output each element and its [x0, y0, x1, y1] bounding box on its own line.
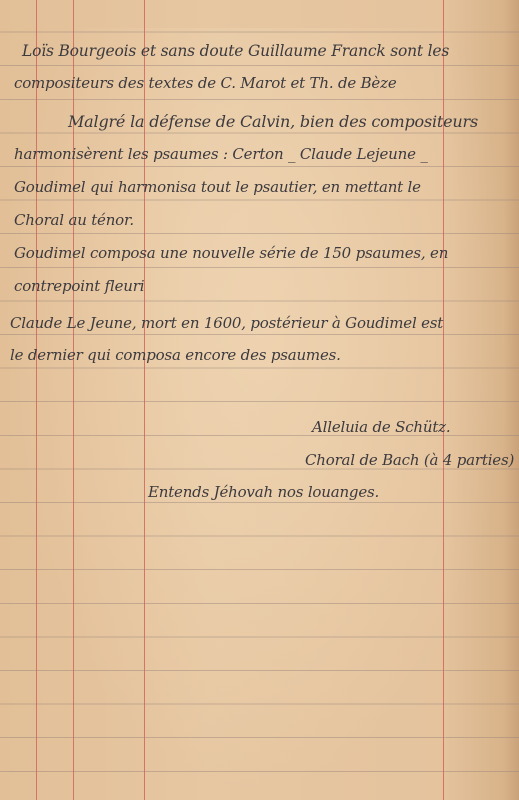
handwritten-line: Malgré la défense de Calvin, bien des co…	[68, 112, 478, 131]
margin-line-1	[36, 0, 37, 800]
notebook-page: Loïs Bourgeois et sans doute Guillaume F…	[0, 0, 519, 800]
handwritten-line: Alleluia de Schütz.	[312, 418, 450, 436]
handwritten-line: harmonisèrent les psaumes : Certon _ Cla…	[14, 145, 428, 163]
handwritten-line: Goudimel composa une nouvelle série de 1…	[14, 244, 448, 262]
handwritten-line: Claude Le Jeune, mort en 1600, postérieu…	[10, 314, 443, 332]
handwritten-line: Goudimel qui harmonisa tout le psautier,…	[14, 178, 421, 196]
handwritten-line: le dernier qui composa encore des psaume…	[10, 346, 341, 364]
handwritten-line: Choral de Bach (à 4 parties)	[305, 451, 514, 469]
handwritten-line: compositeurs des textes de C. Marot et T…	[14, 74, 397, 92]
handwritten-line: contrepoint fleuri	[14, 277, 144, 295]
handwritten-line: Choral au ténor.	[14, 211, 134, 229]
handwritten-line: Entends Jéhovah nos louanges.	[148, 483, 379, 501]
handwritten-line: Loïs Bourgeois et sans doute Guillaume F…	[22, 42, 449, 60]
top-margin	[0, 0, 519, 28]
